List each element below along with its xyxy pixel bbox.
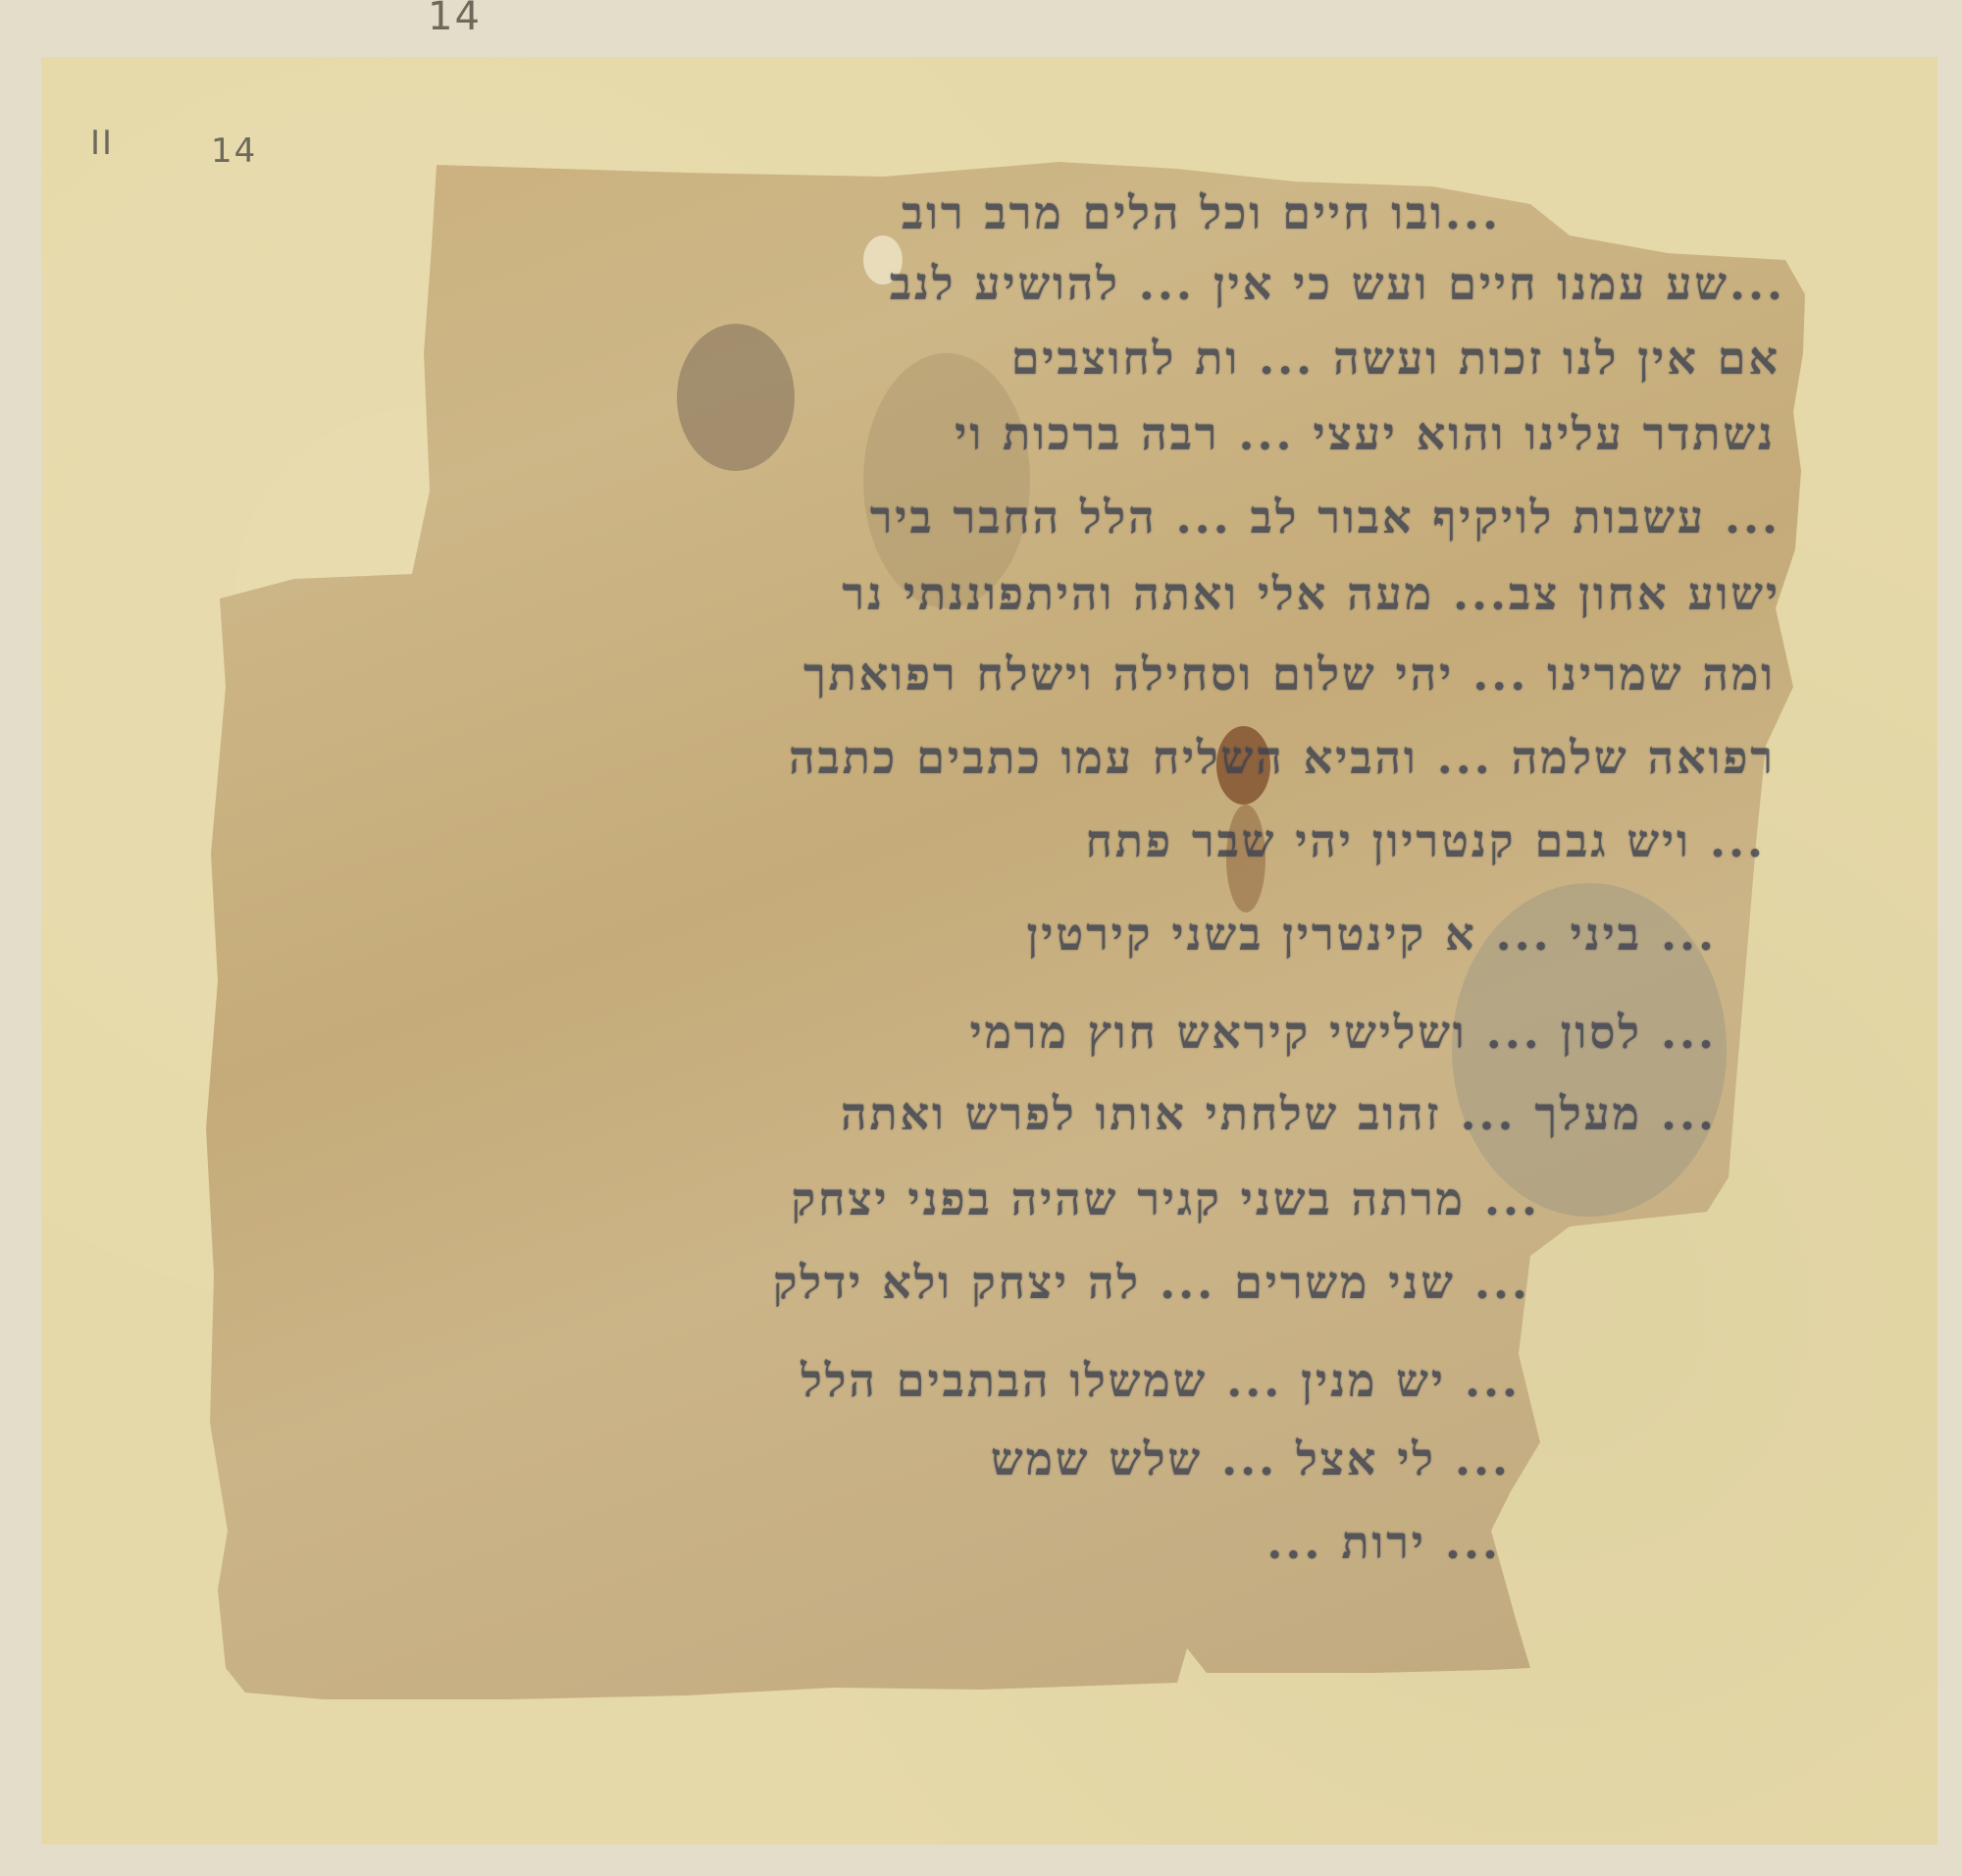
text-line: ... שני משרים ... לה יצחק ולא ידלק bbox=[206, 1256, 1530, 1309]
text-line: ... מעלך ... זהוב שלחתי אותו לפרש ואתה bbox=[196, 1087, 1717, 1140]
text-line: ... מרתה בשני קגיר שהיה בפני יצחק bbox=[216, 1172, 1540, 1225]
text-line: ... ביני ... א קינטרין בשני קירטין bbox=[196, 908, 1717, 961]
text-line: אם אין לנו זכות ועשה ... ות לחוצבים bbox=[505, 332, 1781, 385]
text-line: ישוע אחון צב... מעה אלי ואתה והיתפוננתי … bbox=[211, 567, 1781, 620]
text-line: ... עשבות לויקיף אבור לב ... הלל החבר בי… bbox=[456, 491, 1781, 544]
text-line: ... לסון ... ושלישי קיראש חוץ מרמי bbox=[196, 1006, 1717, 1059]
text-block: ...ובו חיים וכל הלים מרב רוב ...שע עמנו … bbox=[0, 0, 1962, 1876]
text-line: ... ירות ... bbox=[226, 1516, 1501, 1569]
text-line: ...שע עמנו חיים ועש כי אין ... להושיע לנ… bbox=[510, 257, 1785, 310]
text-line: ... לי אצל ... שלש שמש bbox=[186, 1433, 1511, 1485]
text-line: נשתדר עלינו והוא יעצי ... רבה ברכות וי bbox=[500, 407, 1776, 460]
text-line: ... יש מנין ... שמשלו הבתבים הלל bbox=[196, 1354, 1521, 1407]
text-line: ... ויש גבם קנטריון יהי שבר פתח bbox=[196, 814, 1766, 867]
text-line: רפואה שלמה ... והביא השליח עמו כתבים כתב… bbox=[206, 731, 1776, 784]
text-line: ומה שמרינו ... יהי שלום וסחילה וישלח רפו… bbox=[206, 648, 1776, 701]
text-line: ...ובו חיים וכל הלים מרב רוב bbox=[422, 186, 1501, 239]
